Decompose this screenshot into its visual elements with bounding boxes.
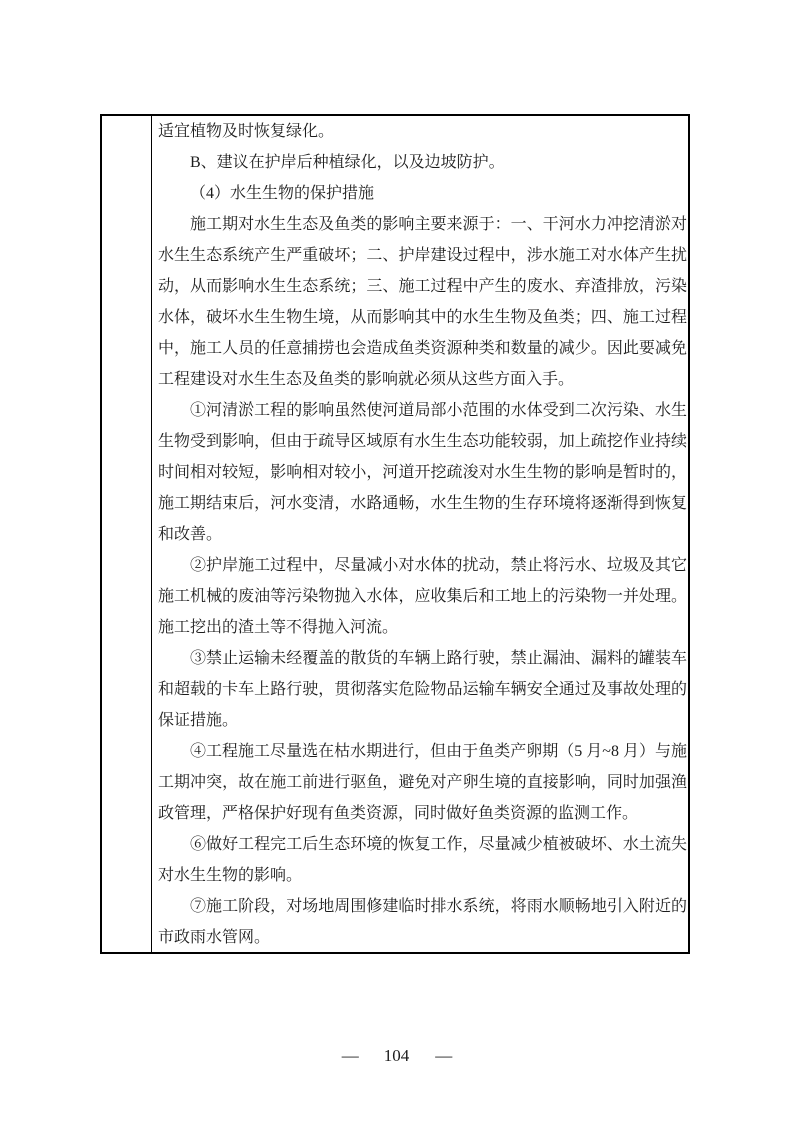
page-footer: — 104 —	[0, 1046, 793, 1066]
content-table: 适宜植物及时恢复绿化。B、建议在护岸后种植绿化，以及边坡防护。（4）水生生物的保…	[100, 114, 690, 954]
paragraph: ④工程施工尽量选在枯水期进行，但由于鱼类产卵期（5 月~8 月）与施工期冲突，故…	[158, 736, 687, 829]
paragraph: （4）水生生物的保护措施	[158, 178, 687, 209]
paragraph: ②护岸施工过程中，尽量减小对水体的扰动，禁止将污水、垃圾及其它施工机械的废油等污…	[158, 550, 687, 643]
paragraph: ①河清淤工程的影响虽然使河道局部小范围的水体受到二次污染、水生生物受到影响，但由…	[158, 395, 687, 550]
document-page: 适宜植物及时恢复绿化。B、建议在护岸后种植绿化，以及边坡防护。（4）水生生物的保…	[0, 0, 793, 1122]
paragraph: ③禁止运输未经覆盖的散货的车辆上路行驶，禁止漏油、漏料的罐装车和超载的卡车上路行…	[158, 643, 687, 736]
paragraph: 适宜植物及时恢复绿化。	[158, 116, 687, 147]
table-stub-column	[102, 116, 152, 952]
paragraph: B、建议在护岸后种植绿化，以及边坡防护。	[158, 147, 687, 178]
paragraph: ⑥做好工程完工后生态环境的恢复工作，尽量减少植被破坏、水土流失对水生生物的影响。	[158, 829, 687, 891]
footer-right-dash: —	[435, 1046, 451, 1066]
paragraph-list: 适宜植物及时恢复绿化。B、建议在护岸后种植绿化，以及边坡防护。（4）水生生物的保…	[158, 116, 687, 952]
page-number: 104	[384, 1046, 410, 1066]
paragraph: 施工期对水生生态及鱼类的影响主要来源于：一、干河水力冲挖清淤对水生生态系统产生严…	[158, 209, 687, 395]
table-body-cell: 适宜植物及时恢复绿化。B、建议在护岸后种植绿化，以及边坡防护。（4）水生生物的保…	[152, 116, 688, 952]
footer-left-dash: —	[342, 1046, 358, 1066]
paragraph: ⑦施工阶段，对场地周围修建临时排水系统，将雨水顺畅地引入附近的市政雨水管网。	[158, 891, 687, 952]
